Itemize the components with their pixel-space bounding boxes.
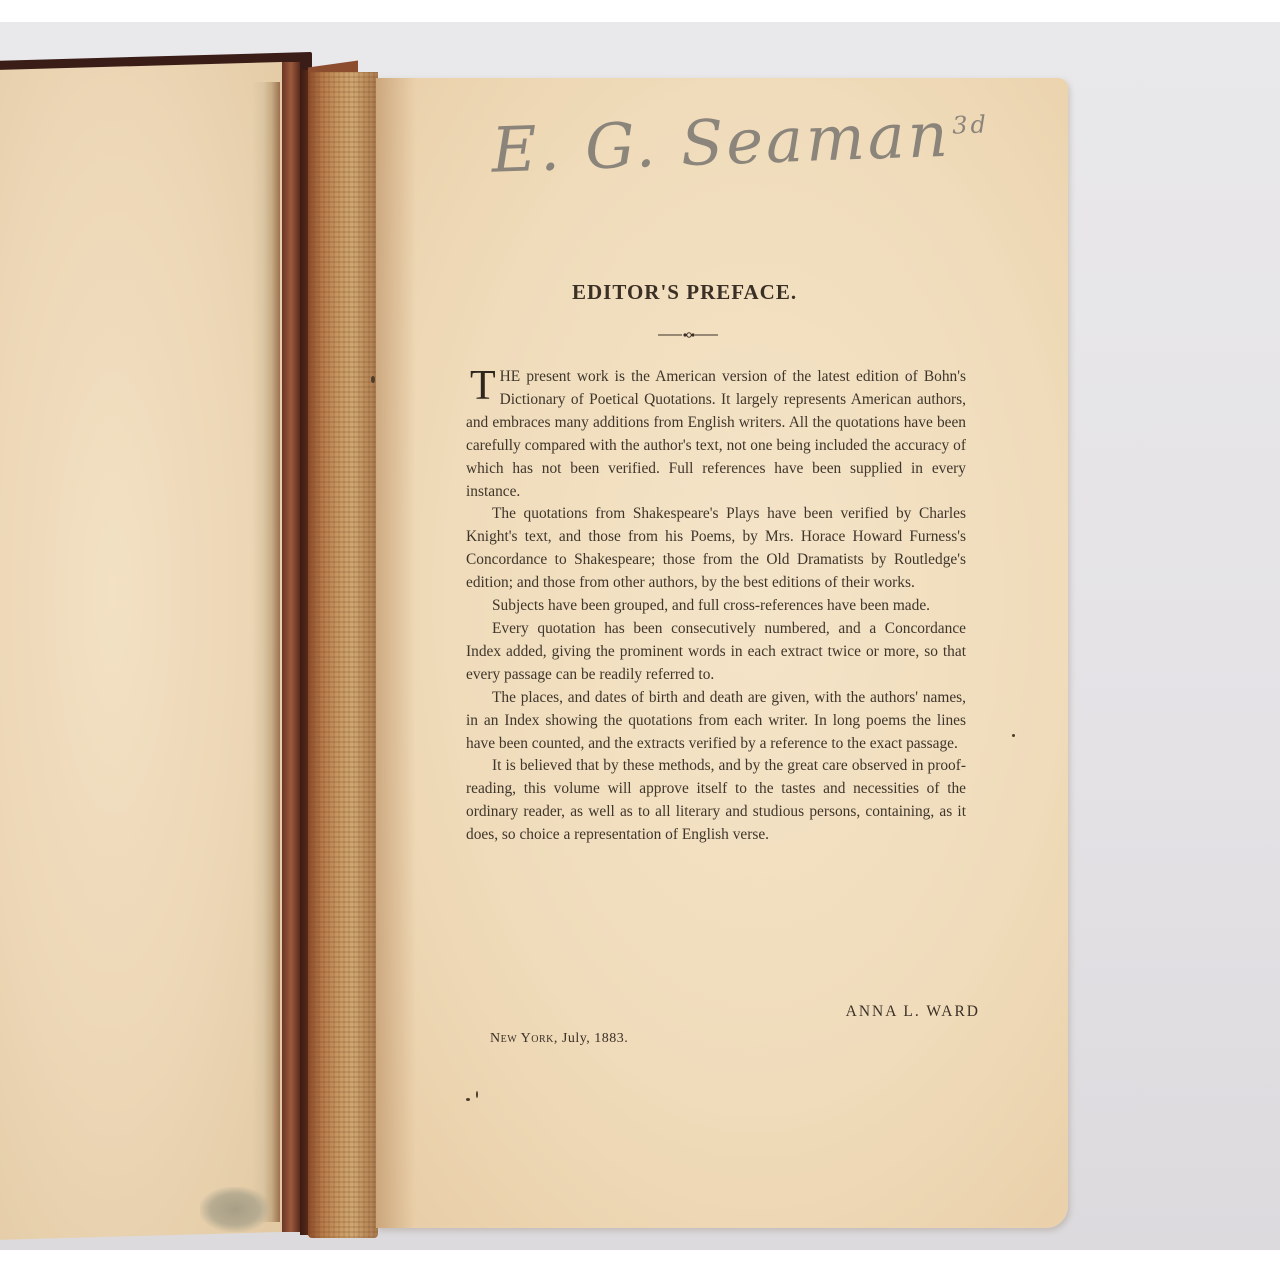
inscription-text: E. G. Seaman [490,98,952,187]
signatory-name: ANNA L. WARD [800,1003,980,1021]
paragraph-3: Subjects have been grouped, and full cro… [466,595,966,618]
endpaper-hinge [252,82,280,1222]
page-title: EDITOR'S PREFACE. [572,280,902,305]
foxing-speck [476,1091,478,1098]
foxing-speck [371,376,375,383]
paragraph-1: THE present work is the American version… [466,366,966,503]
foxing-speck [1012,734,1015,737]
endpaper-damage [200,1187,270,1232]
paragraph-6: It is believed that by these methods, an… [466,755,966,847]
date: , July, 1883. [554,1031,628,1046]
foxing-speck [466,1098,470,1101]
inscription-superscript: 3d [952,111,990,140]
preface-body: THE present work is the American version… [466,366,966,847]
front-endpaper [0,62,282,1240]
paragraph-5: The places, and dates of birth and death… [466,687,966,756]
place-date: New York, July, 1883. [490,1031,750,1047]
ornament-divider-icon [658,330,718,340]
place: New York [490,1031,554,1046]
pencil-inscription: E. G. Seaman3d [490,94,1053,223]
drop-cap: T [470,368,496,404]
paragraph-4: Every quotation has been consecutively n… [466,618,966,687]
spine-cloth [282,62,300,1232]
page-gutter-shadow [376,78,416,1228]
paragraph-2: The quotations from Shakespeare's Plays … [466,503,966,595]
spine-mull [308,72,378,1238]
